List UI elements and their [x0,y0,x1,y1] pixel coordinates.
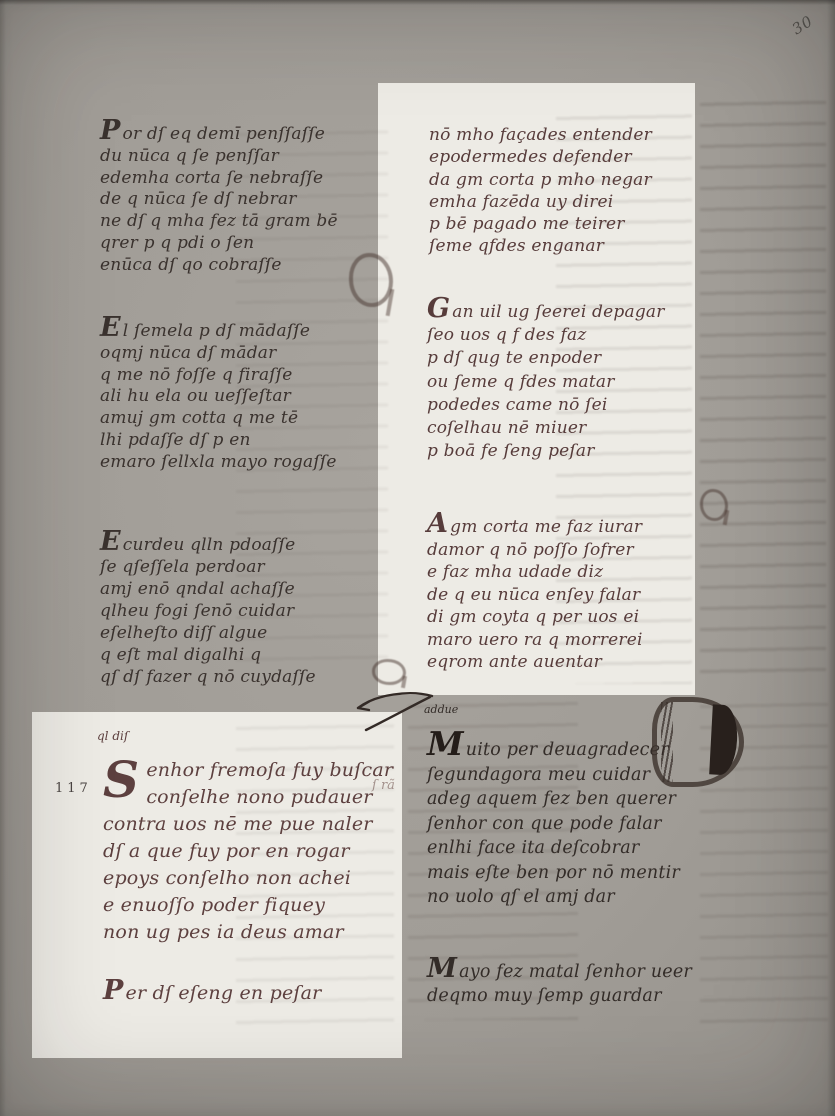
verse-line: ſegundagora meu cuidar [427,763,680,788]
verse-line: de q nūca ſe dſ nebrar [100,189,338,211]
verse-line: lhi pdaſſe dſ p en [100,430,337,452]
stanza-initial: E [100,531,121,554]
stanza-initial: P [100,120,121,143]
verse-line: e faz mha udade diz [427,561,643,584]
item-number: 117 [55,781,92,796]
verse-line: Agm corta me faz iurar [427,513,643,539]
verse-line: mais eſte ben por nō mentir [427,861,680,886]
verse-line: edemha corta ſe nebraſſe [100,168,338,190]
left-stanza-3: Ecurdeu qlln pdoaſſe ſe qſeſſela perdoar… [100,531,316,688]
verse-line: damor q nō poſſo ſofrer [427,539,643,562]
verse-line: Mayo fez matal ſenhor ueer [427,958,692,984]
right-stanza-2: Gan uil ug ſeerei depagar ſeo uos q f de… [427,298,665,463]
verse-line: Senhor fremoſa fuy buſcar [103,757,393,784]
verse-line: Per dſ eſeng en peſar [103,980,321,1007]
verse-line-text: er dſ eſeng en peſar [126,982,322,1004]
verse-line: de q eu nūca enſey falar [427,584,643,607]
verse-line: eſelheſto diſſ algue [100,622,316,644]
verse-line: q me nō foſſe q firaſſe [100,365,337,387]
showthrough-letter-mark [700,489,728,521]
verse-line: deqmo muy ſemp guardar [427,984,692,1008]
verse-line: nō mho façades entender [429,124,652,146]
verse-line-text: uito per deuagradecer [466,740,669,760]
bottom-left-stanza: Senhor fremoſa fuy buſcar conſelhe nono … [103,757,393,946]
verse-line: conſelhe nono pudauer [103,784,393,811]
verse-line: oqmj nūca dſ mādar [100,343,337,365]
verse-line: coſelhau nē miuer [427,417,665,440]
verse-line: Por dſ eq demī penſſaſſe [100,120,338,146]
verse-line: amj enō qndal achaſſe [100,578,316,600]
verse-line: enūca dſ qo cobraſſe [100,255,338,277]
stanza-initial-dropcap: S [103,761,139,799]
verse-line: Ecurdeu qlln pdoaſſe [100,531,316,556]
verse-line: non ug pes ia deus amar [103,919,393,946]
verse-line: ſeme qfdes enganar [429,235,652,257]
bottom-left-refrain: Per dſ eſeng en peſar [103,980,321,1007]
stanza-initial: M [427,958,457,981]
folio-number: 30 [789,12,816,38]
stanza-initial: P [103,980,124,1003]
verse-line: da gm corta p mho negar [429,169,652,191]
verse-line: ſeo uos q f des faz [427,324,665,347]
verse-line: p bē pagado me teirer [429,213,652,235]
verse-line-text: enhor fremoſa fuy buſcar [146,759,393,781]
verse-line-text: or dſ eq demī penſſaſſe [123,124,325,144]
verse-line: adeg aquem fez ben querer [427,787,680,812]
verse-line: podedes came nō ſei [427,394,665,417]
left-stanza-1: Por dſ eq demī penſſaſſe du nūca q ſe pe… [100,120,338,277]
verse-line: Gan uil ug ſeerei depagar [427,298,665,324]
verse-line: ſenhor con que pode falar [427,812,680,837]
verse-line: enlhi face ita deſcobrar [427,836,680,861]
verse-line: p dſ qug te enpoder [427,347,665,370]
verse-line: e enuoſſo poder fiquey [103,892,393,919]
verse-line: emaro ſellxla mayo rogaſſe [100,452,337,474]
showthrough-initial-d [652,697,744,787]
verse-line: di gm coyta q per uos ei [427,606,643,629]
verse-line: qſ dſ fazer q nō cuydaſſe [100,666,316,688]
manuscript-page-scan: 30 Por dſ eq demī penſſaſſe du nūca q ſe… [0,0,835,1116]
right-stanza-1: nō mho façades entender epodermedes defe… [429,124,652,258]
verse-line-text: l ſemela p dſ mādaſſe [123,321,310,341]
verse-line: qlheu fogi ſenō cuidar [100,600,316,622]
verse-line: q eſt mal digalhi q [100,644,316,666]
showthrough-letter-mark [372,659,406,685]
right-stanza-3: Agm corta me faz iurar damor q nō poſſo … [427,513,643,674]
verse-line: contra uos nē me pue naler [103,811,393,838]
verse-line: Muito per deuagradecer [427,731,680,763]
verse-line: emha fazēda uy direi [429,191,652,213]
verse-line: ne dſ q mha fez tā gram bē [100,211,338,233]
verse-line: p boā fe ſeng peſar [427,440,665,463]
verse-line: ou ſeme q fdes matar [427,371,665,394]
verse-line: ali hu ela ou ueſſeſtar [100,386,337,408]
verse-line: ſe qſeſſela perdoar [100,556,316,578]
verse-line-text: gm corta me faz iurar [450,517,642,537]
left-stanza-2: El ſemela p dſ mādaſſe oqmj nūca dſ māda… [100,317,337,474]
verse-line: no uolo qſ el amj dar [427,885,680,910]
verse-line: du nūca q ſe penſſar [100,146,338,168]
verse-line-text: an uil ug ſeerei depagar [452,302,664,322]
verse-line-text: curdeu qlln pdoaſſe [123,535,296,555]
stanza-initial: E [100,317,121,340]
bleedthrough-text [700,98,826,686]
showthrough-letter-mark [349,253,393,307]
bottom-right-stanza: Muito per deuagradecer ſegundagora meu c… [427,731,680,910]
verse-line: epodermedes defender [429,146,652,168]
verse-line: amuj gm cotta q me tē [100,408,337,430]
verse-line: qrer p q pdi o ſen [100,233,338,255]
verse-line: El ſemela p dſ mādaſſe [100,317,337,343]
verse-line: dſ a que fuy por en rogar [103,838,393,865]
bottom-right-finida: Mayo fez matal ſenhor ueer deqmo muy ſem… [427,958,692,1008]
scribal-arrow-mark [352,688,436,736]
marginal-note-left: ql diſ [97,729,128,743]
verse-line: epoys conſelho non achei [103,865,393,892]
stanza-initial: G [427,298,450,321]
verse-line: maro uero ra q morrerei [427,629,643,652]
verse-line-text: ayo fez matal ſenhor ueer [459,962,692,982]
stanza-initial: A [427,513,448,536]
verse-line: eqrom ante auentar [427,651,643,674]
